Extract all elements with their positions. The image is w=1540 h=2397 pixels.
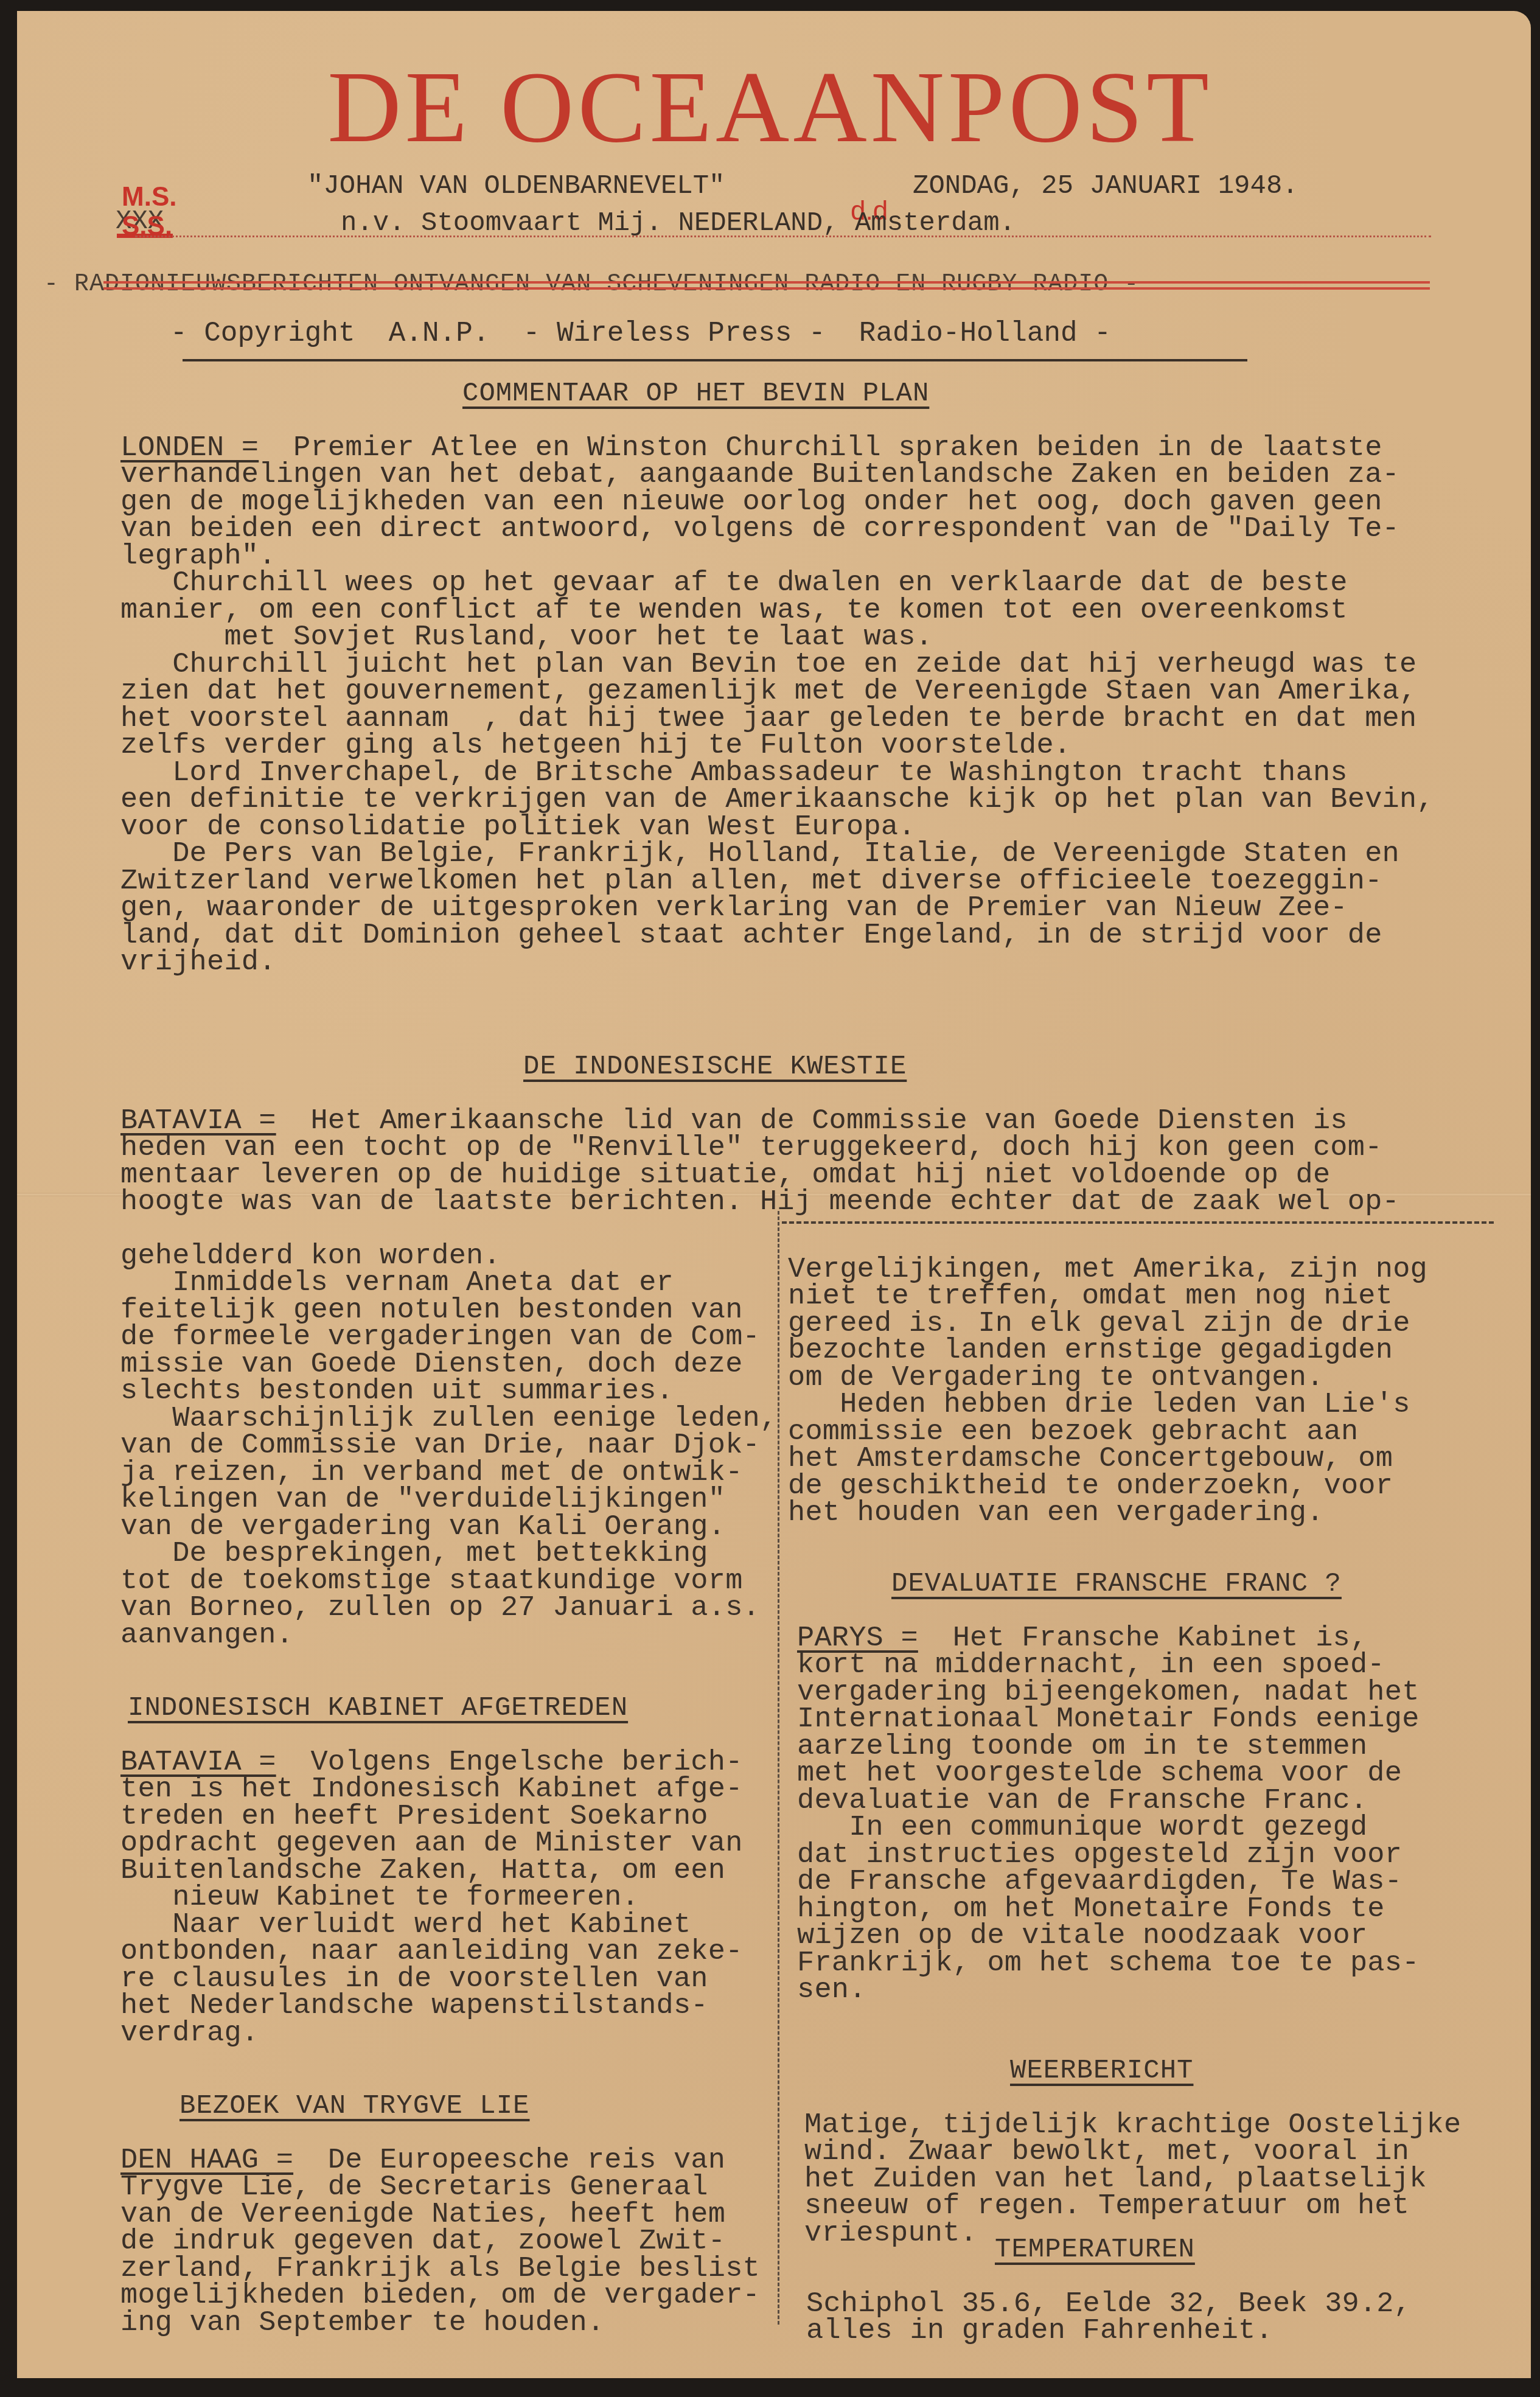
heading-devaluatie-franc: DEVALUATIE FRANSCHE FRANC ? xyxy=(891,1569,1342,1599)
heading-trygve-lie: BEZOEK VAN TRYGVE LIE xyxy=(179,2091,530,2121)
temperature-readings: Schiphol 35.6, Eelde 32, Beek 39.2, alle… xyxy=(806,2264,1411,2345)
company-line: n.v. Stoomvaart Mij. NEDERLAND, Amsterda… xyxy=(341,210,1016,237)
weather-report: Matige, tijdelijk krachtige Oostelijke w… xyxy=(804,2085,1461,2247)
heading-weerbericht: WEERBERICHT xyxy=(1010,2056,1193,2086)
article-trygve-lie-continued: Vergelijkingen, met Amerika, zijn nog ni… xyxy=(788,1229,1427,1527)
copyright-underline xyxy=(183,359,1247,361)
heading-kabinet-afgetreden: INDONESISCH KABINET AFGETREDEN xyxy=(128,1693,628,1723)
handwritten-ss-annotation: S.S. xyxy=(122,213,172,240)
copyright-line: - Copyright A.N.P. - Wireless Press - Ra… xyxy=(170,318,1111,349)
article-devaluatie-franc: PARYS = Het Fransche Kabinet is, kort na… xyxy=(797,1598,1420,2004)
heading-indonesische-kwestie: DE INDONESISCHE KWESTIE xyxy=(523,1052,907,1082)
heading-temperaturen: TEMPERATUREN xyxy=(995,2235,1195,2265)
heading-bevin-plan: COMMENTAAR OP HET BEVIN PLAN xyxy=(462,379,929,409)
column-divider xyxy=(778,1211,779,2325)
issue-date: ZONDAG, 25 JANUARI 1948. xyxy=(913,173,1298,200)
article-indonesische-kwestie-continued: geheldderd kon worden. Inmiddels vernam … xyxy=(120,1216,777,1649)
article-indonesische-kwestie-intro: BATAVIA = Het Amerikaansche lid van de C… xyxy=(120,1081,1399,1216)
article-kabinet-afgetreden: BATAVIA = Volgens Engelsche berich- ten … xyxy=(120,1722,743,2047)
right-column-top-rule xyxy=(782,1221,1494,1224)
red-strikethrough xyxy=(103,281,1430,290)
article-bevin-plan: LONDEN = Premier Atlee en Winston Church… xyxy=(120,408,1434,977)
masthead-title: DE OCEAANPOST xyxy=(0,56,1540,158)
article-trygve-lie: DEN HAAG = De Europeesche reis van Trygv… xyxy=(120,2120,760,2337)
ship-name: "JOHAN VAN OLDENBARNEVELT" xyxy=(307,173,725,200)
